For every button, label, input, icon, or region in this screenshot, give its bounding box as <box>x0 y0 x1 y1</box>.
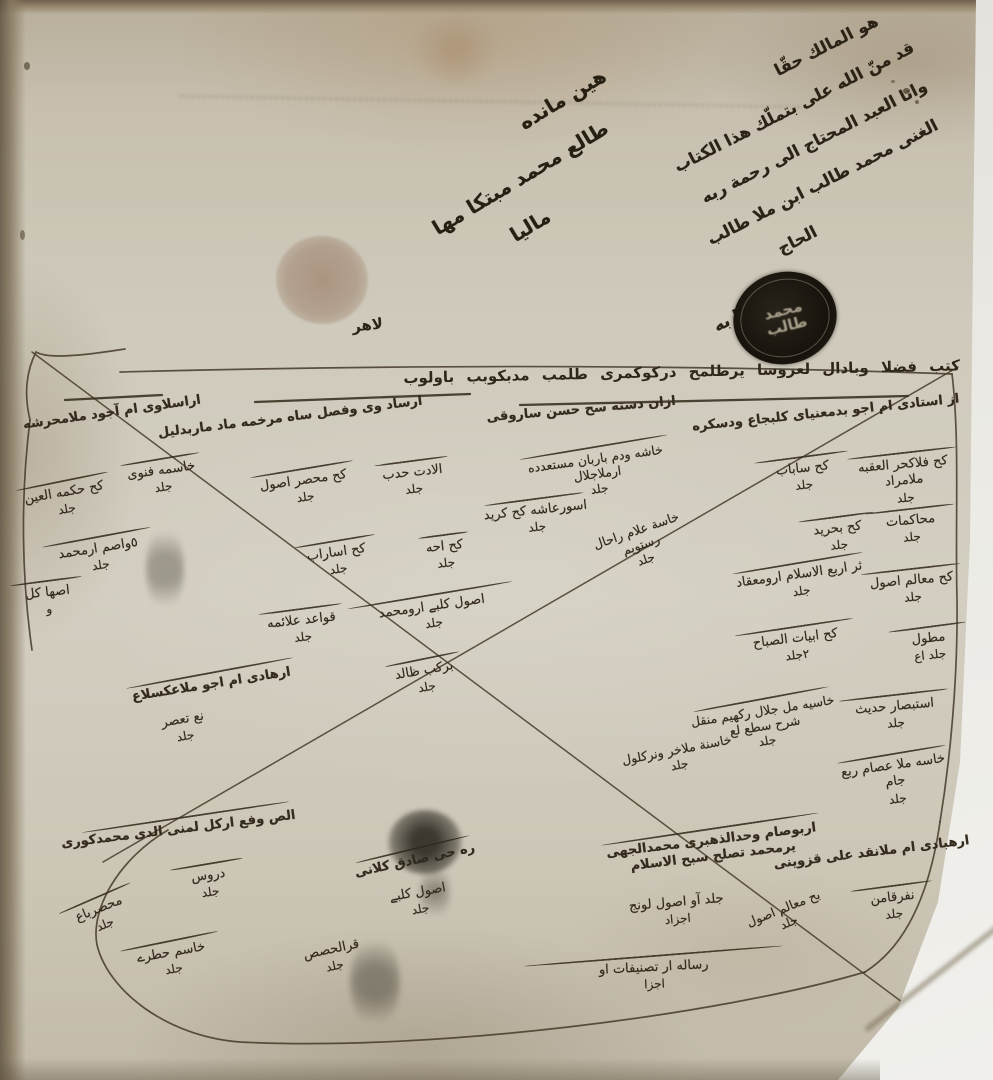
page-top-edge <box>0 0 993 14</box>
ink-speck <box>891 80 895 83</box>
ink-blot <box>146 526 184 612</box>
ink-speck <box>903 88 910 94</box>
ink-speck <box>20 230 25 240</box>
ink-blot <box>420 862 450 922</box>
page-bottom-shadow <box>0 1058 880 1080</box>
ink-blot <box>350 936 400 1028</box>
paper-stain <box>415 18 495 84</box>
small-note: لاهر <box>351 314 384 335</box>
ink-speck <box>24 62 30 70</box>
book-entry: كح احه جلد <box>414 531 475 573</box>
manuscript-photo: هو المالك حقّا قد منّ الله على بتملّك هذ… <box>0 0 993 1080</box>
ink-speck <box>915 100 919 104</box>
page-left-edge <box>0 0 26 1080</box>
ink-blot <box>388 810 462 874</box>
book-entry: كح فلاكحر العقبه ملامراد جلد <box>843 447 965 510</box>
